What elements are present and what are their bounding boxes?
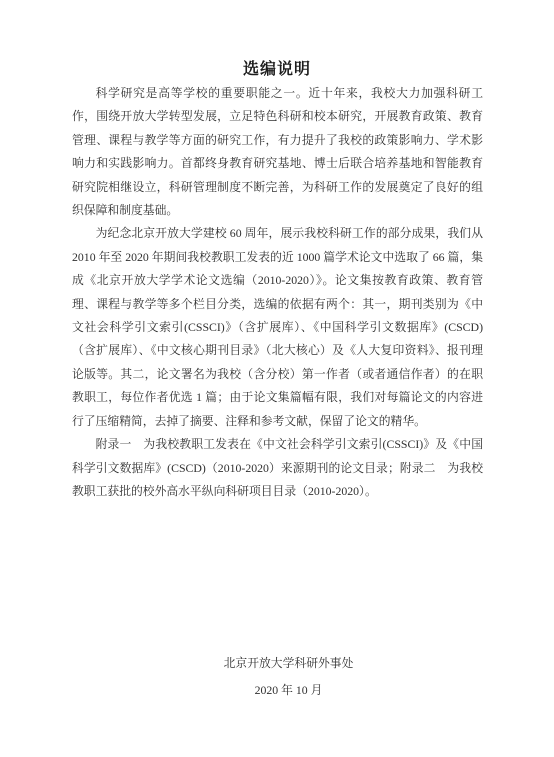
page-title: 选编说明 <box>0 59 554 81</box>
paragraph-selection-criteria: 为纪念北京开放大学建校 60 周年，展示我校科研工作的部分成果，我们从 2010… <box>72 222 483 433</box>
signature-organization: 北京开放大学科研外事处 <box>72 650 505 677</box>
signature-block: 北京开放大学科研外事处 2020 年 10 月 <box>72 650 505 704</box>
paragraph-research-overview: 科学研究是高等学校的重要职能之一。近十年来，我校大力加强科研工作，围绕开放大学转… <box>72 82 483 222</box>
document-body: 科学研究是高等学校的重要职能之一。近十年来，我校大力加强科研工作，围绕开放大学转… <box>72 82 483 503</box>
signature-date: 2020 年 10 月 <box>72 677 505 704</box>
paragraph-appendices: 附录一 为我校教职工发表在《中文社会科学引文索引(CSSCI)》及《中国科学引文… <box>72 433 483 503</box>
document-page: 选编说明 科学研究是高等学校的重要职能之一。近十年来，我校大力加强科研工作，围绕… <box>0 0 554 757</box>
